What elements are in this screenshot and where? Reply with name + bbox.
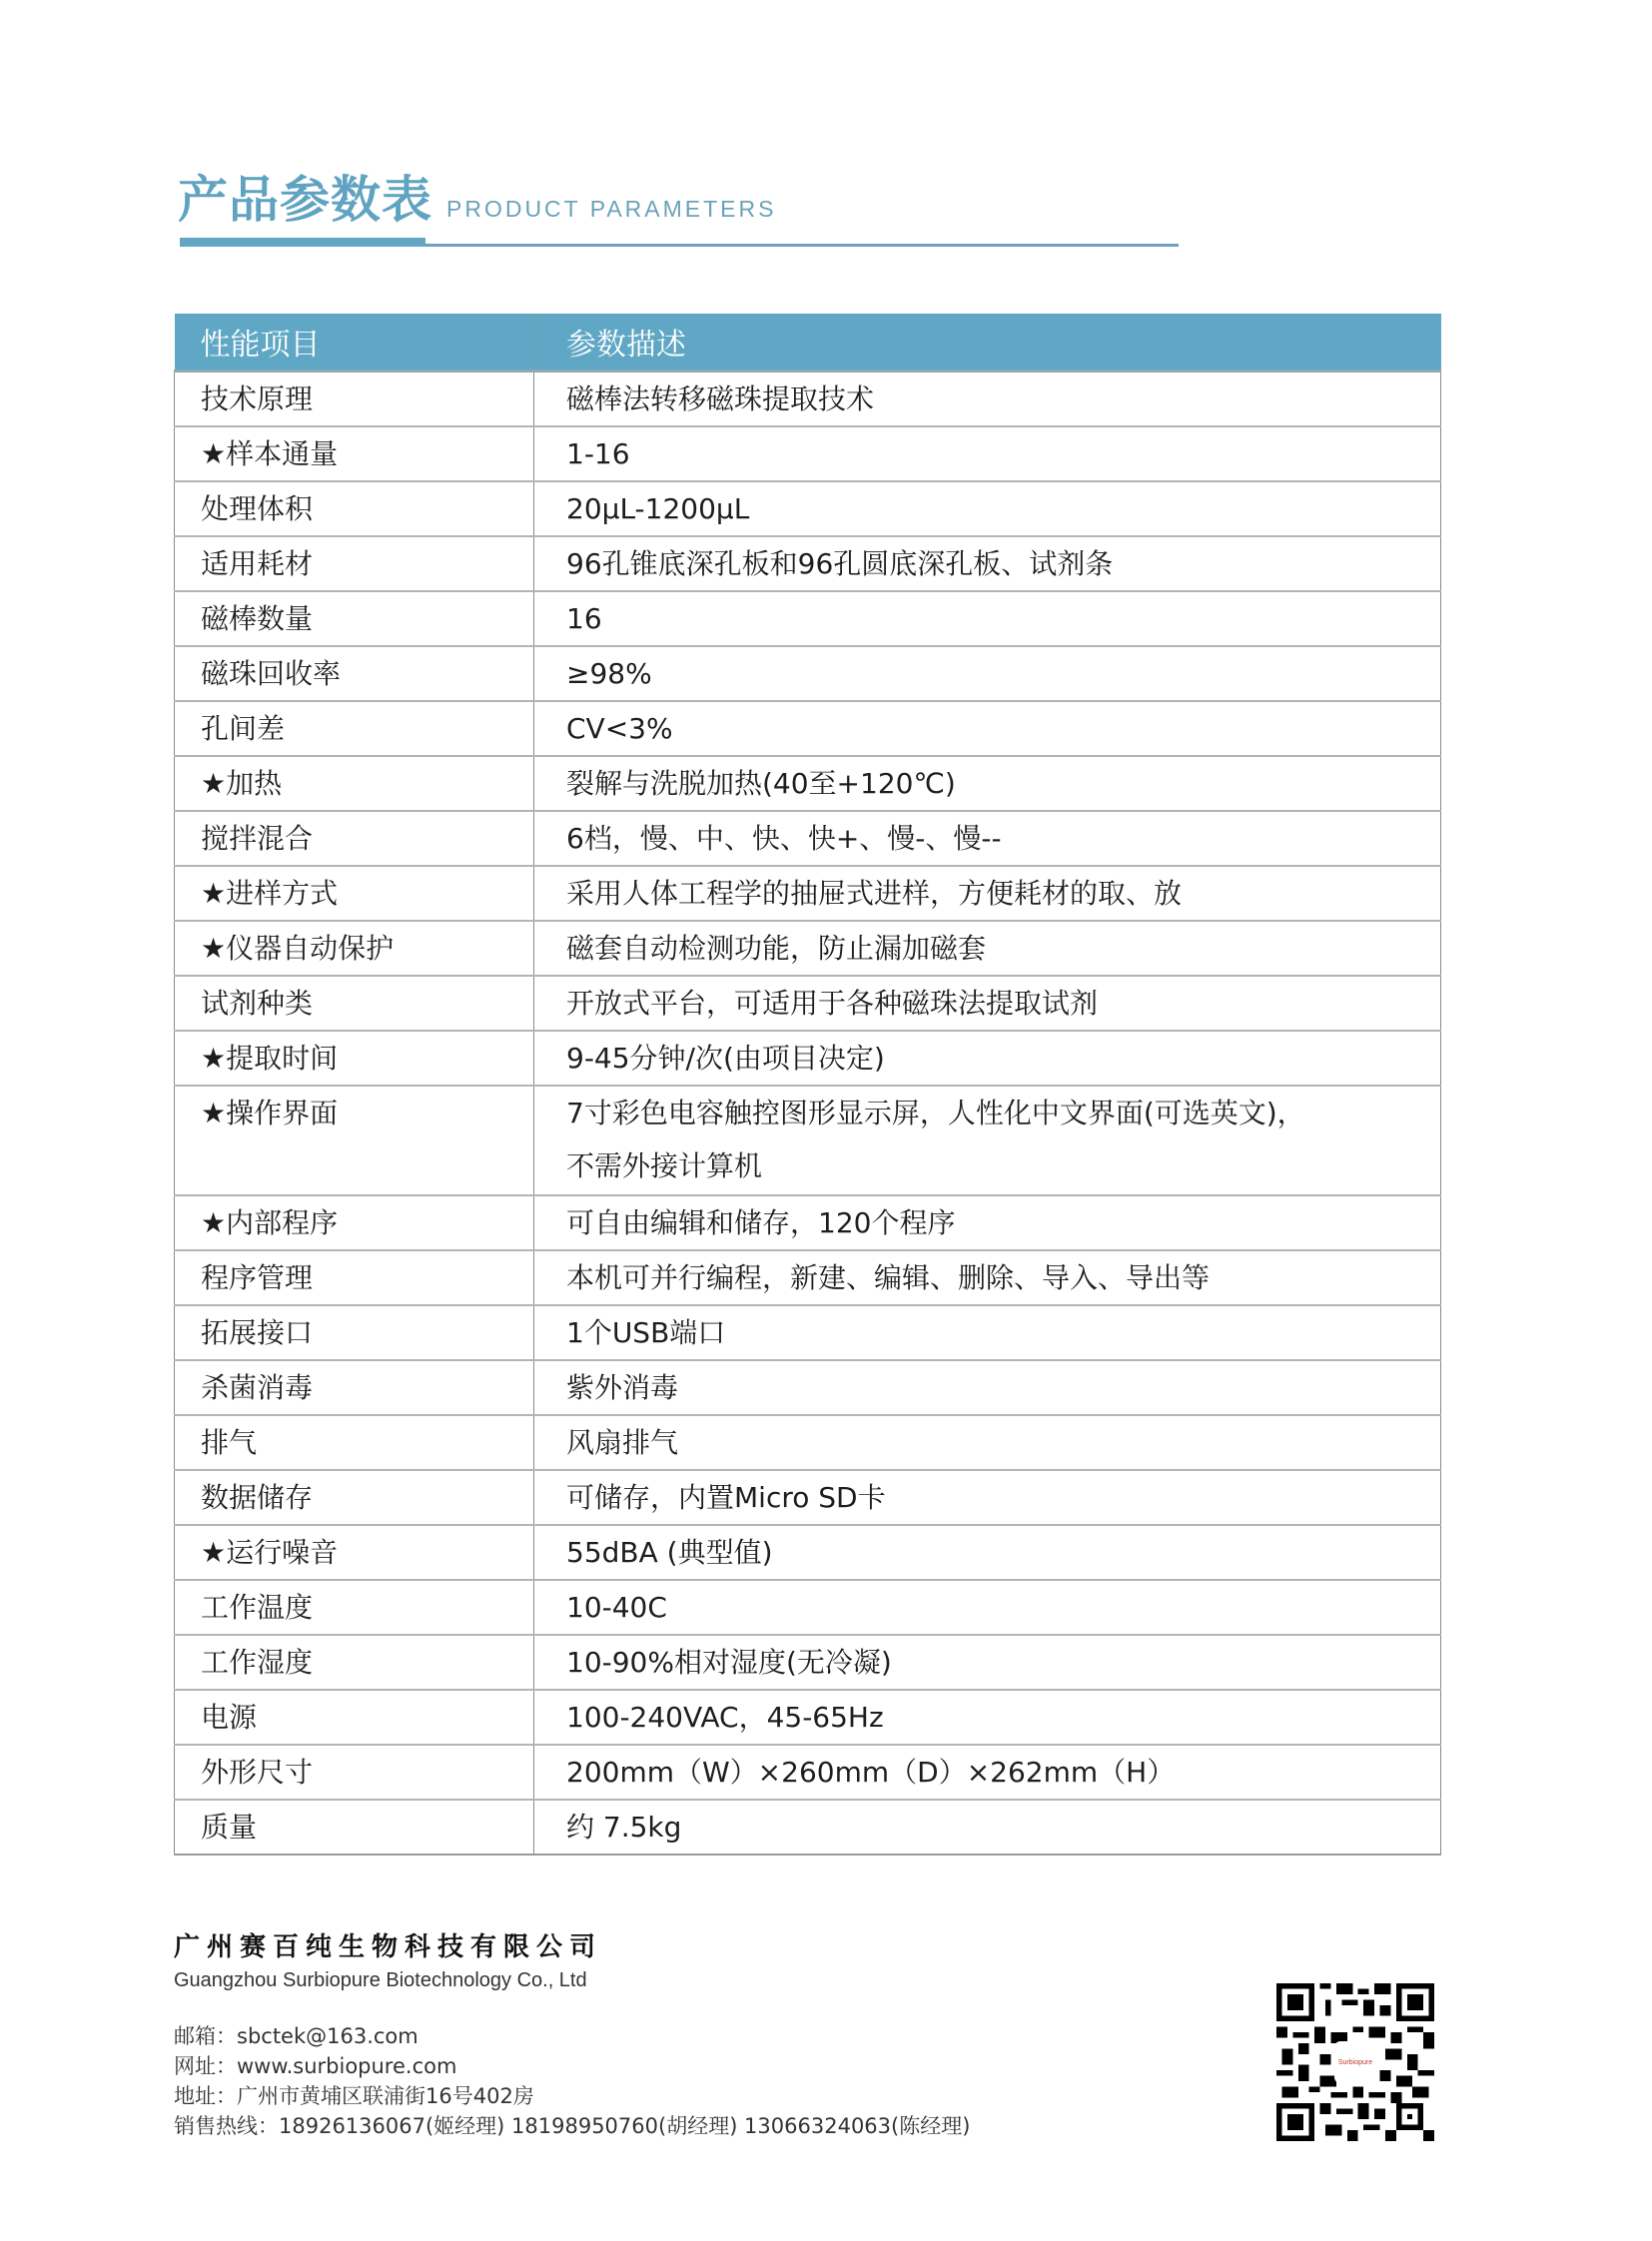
table-row: 技术原理磁棒法转移磁珠提取技术 <box>175 372 1441 427</box>
website-line: 网址：www.surbiopure.com <box>174 2051 970 2081</box>
page-subtitle: PRODUCT PARAMETERS <box>446 196 776 223</box>
qr-code: Surbiopure <box>1276 1983 1434 2141</box>
parameter-name: 程序管理 <box>175 1250 534 1305</box>
parameter-value: ≥98% <box>534 646 1441 701</box>
parameter-name: 电源 <box>175 1690 534 1745</box>
parameter-name: 孔间差 <box>175 701 534 756</box>
parameter-value: 55dBA (典型值) <box>534 1525 1441 1580</box>
parameter-name: 适用耗材 <box>175 536 534 591</box>
table-row: 适用耗材96孔锥底深孔板和96孔圆底深孔板、试剂条 <box>175 536 1441 591</box>
table-row: ★样本通量1-16 <box>175 426 1441 481</box>
parameter-name: 排气 <box>175 1415 534 1470</box>
parameter-value: 约 7.5kg <box>534 1800 1441 1855</box>
parameter-name: ★运行噪音 <box>175 1525 534 1580</box>
table-row: ★内部程序可自由编辑和储存，120个程序 <box>175 1195 1441 1250</box>
parameter-name: 磁棒数量 <box>175 591 534 646</box>
parameter-name: 搅拌混合 <box>175 811 534 866</box>
page-title: 产品参数表 <box>178 160 432 232</box>
table-row: 质量约 7.5kg <box>175 1800 1441 1855</box>
contact-info: 邮箱：sbctek@163.com 网址：www.surbiopure.com … <box>174 2021 970 2141</box>
column-header-value: 参数描述 <box>534 314 1441 372</box>
table-row: ★加热裂解与洗脱加热(40至+120℃) <box>175 756 1441 811</box>
parameter-value: 风扇排气 <box>534 1415 1441 1470</box>
table-row: 工作温度10-40C <box>175 1580 1441 1635</box>
parameter-value: 96孔锥底深孔板和96孔圆底深孔板、试剂条 <box>534 536 1441 591</box>
parameter-name: ★加热 <box>175 756 534 811</box>
table-header-row: 性能项目 参数描述 <box>175 314 1441 372</box>
table-row: ★进样方式采用人体工程学的抽屉式进样，方便耗材的取、放 <box>175 866 1441 921</box>
parameter-value: 紫外消毒 <box>534 1360 1441 1415</box>
parameter-name: 磁珠回收率 <box>175 646 534 701</box>
parameter-value: 16 <box>534 591 1441 646</box>
parameter-value: 6档，慢、中、快、快+、慢-、慢-- <box>534 811 1441 866</box>
title-block: 产品参数表PRODUCT PARAMETERS <box>178 160 776 232</box>
parameter-name: ★样本通量 <box>175 426 534 481</box>
parameters-table: 性能项目 参数描述 技术原理磁棒法转移磁珠提取技术★样本通量1-16处理体积20… <box>174 314 1441 1856</box>
parameter-value: 裂解与洗脱加热(40至+120℃) <box>534 756 1441 811</box>
company-name-en: Guangzhou Surbiopure Biotechnology Co., … <box>174 1965 970 1995</box>
parameter-name: 外形尺寸 <box>175 1745 534 1800</box>
table-row: 磁棒数量16 <box>175 591 1441 646</box>
table-row: ★运行噪音55dBA (典型值) <box>175 1525 1441 1580</box>
parameter-name: 工作温度 <box>175 1580 534 1635</box>
table-row: 搅拌混合6档，慢、中、快、快+、慢-、慢-- <box>175 811 1441 866</box>
table-row: 磁珠回收率≥98% <box>175 646 1441 701</box>
table-row: 电源100-240VAC，45-65Hz <box>175 1690 1441 1745</box>
parameter-value: 1个USB端口 <box>534 1305 1441 1360</box>
address-line: 地址：广州市黄埔区联浦街16号402房 <box>174 2081 970 2111</box>
parameter-name: 杀菌消毒 <box>175 1360 534 1415</box>
parameter-value: 20µL-1200µL <box>534 481 1441 536</box>
column-header-item: 性能项目 <box>175 314 534 372</box>
parameter-value: 1-16 <box>534 426 1441 481</box>
table-row: 数据储存可储存，内置Micro SD卡 <box>175 1470 1441 1525</box>
parameter-value: 开放式平台，可适用于各种磁珠法提取试剂 <box>534 976 1441 1031</box>
table-row: 工作湿度10-90%相对湿度(无冷凝) <box>175 1635 1441 1690</box>
table-row: ★仪器自动保护磁套自动检测功能，防止漏加磁套 <box>175 921 1441 976</box>
table-row: 杀菌消毒紫外消毒 <box>175 1360 1441 1415</box>
parameter-name: 处理体积 <box>175 481 534 536</box>
qr-logo: Surbiopure <box>1334 2041 1376 2083</box>
parameter-value: 9-45分钟/次(由项目决定) <box>534 1031 1441 1086</box>
parameter-value: 采用人体工程学的抽屉式进样，方便耗材的取、放 <box>534 866 1441 921</box>
parameter-value: 本机可并行编程，新建、编辑、删除、导入、导出等 <box>534 1250 1441 1305</box>
parameter-value: 磁套自动检测功能，防止漏加磁套 <box>534 921 1441 976</box>
parameter-value: 可自由编辑和储存，120个程序 <box>534 1195 1441 1250</box>
table-row: 试剂种类开放式平台，可适用于各种磁珠法提取试剂 <box>175 976 1441 1031</box>
parameter-value-line: 不需外接计算机 <box>566 1139 1440 1192</box>
table-row: 程序管理本机可并行编程，新建、编辑、删除、导入、导出等 <box>175 1250 1441 1305</box>
parameter-name: ★操作界面 <box>175 1086 534 1195</box>
table-row: ★提取时间9-45分钟/次(由项目决定) <box>175 1031 1441 1086</box>
parameter-name: 数据储存 <box>175 1470 534 1525</box>
email-line: 邮箱：sbctek@163.com <box>174 2021 970 2051</box>
parameter-value: 200mm（W）×260mm（D）×262mm（H） <box>534 1745 1441 1800</box>
parameter-name: ★提取时间 <box>175 1031 534 1086</box>
parameter-name: 质量 <box>175 1800 534 1855</box>
parameter-value: 100-240VAC，45-65Hz <box>534 1690 1441 1745</box>
parameter-value: 可储存，内置Micro SD卡 <box>534 1470 1441 1525</box>
company-footer: 广州赛百纯生物科技有限公司 Guangzhou Surbiopure Biote… <box>174 1929 970 2141</box>
parameter-name: ★进样方式 <box>175 866 534 921</box>
parameter-value-line: 7寸彩色电容触控图形显示屏，人性化中文界面(可选英文)， <box>566 1087 1440 1139</box>
parameter-value: 7寸彩色电容触控图形显示屏，人性化中文界面(可选英文)，不需外接计算机 <box>534 1086 1441 1195</box>
table-row: 孔间差CV<3% <box>175 701 1441 756</box>
parameter-name: 拓展接口 <box>175 1305 534 1360</box>
company-name-cn: 广州赛百纯生物科技有限公司 <box>174 1929 970 1965</box>
parameter-name: 技术原理 <box>175 372 534 427</box>
parameter-name: ★内部程序 <box>175 1195 534 1250</box>
title-accent-bar <box>180 238 425 247</box>
parameter-name: 试剂种类 <box>175 976 534 1031</box>
table-row: ★操作界面7寸彩色电容触控图形显示屏，人性化中文界面(可选英文)，不需外接计算机 <box>175 1086 1441 1195</box>
table-row: 外形尺寸200mm（W）×260mm（D）×262mm（H） <box>175 1745 1441 1800</box>
parameter-name: 工作湿度 <box>175 1635 534 1690</box>
table-row: 处理体积20µL-1200µL <box>175 481 1441 536</box>
parameter-value: 10-90%相对湿度(无冷凝) <box>534 1635 1441 1690</box>
hotline-line: 销售热线：18926136067(姬经理) 18198950760(胡经理) 1… <box>174 2111 970 2141</box>
parameter-name: ★仪器自动保护 <box>175 921 534 976</box>
table-row: 拓展接口1个USB端口 <box>175 1305 1441 1360</box>
parameter-value: 10-40C <box>534 1580 1441 1635</box>
table-row: 排气风扇排气 <box>175 1415 1441 1470</box>
parameter-value: 磁棒法转移磁珠提取技术 <box>534 372 1441 427</box>
parameter-value: CV<3% <box>534 701 1441 756</box>
